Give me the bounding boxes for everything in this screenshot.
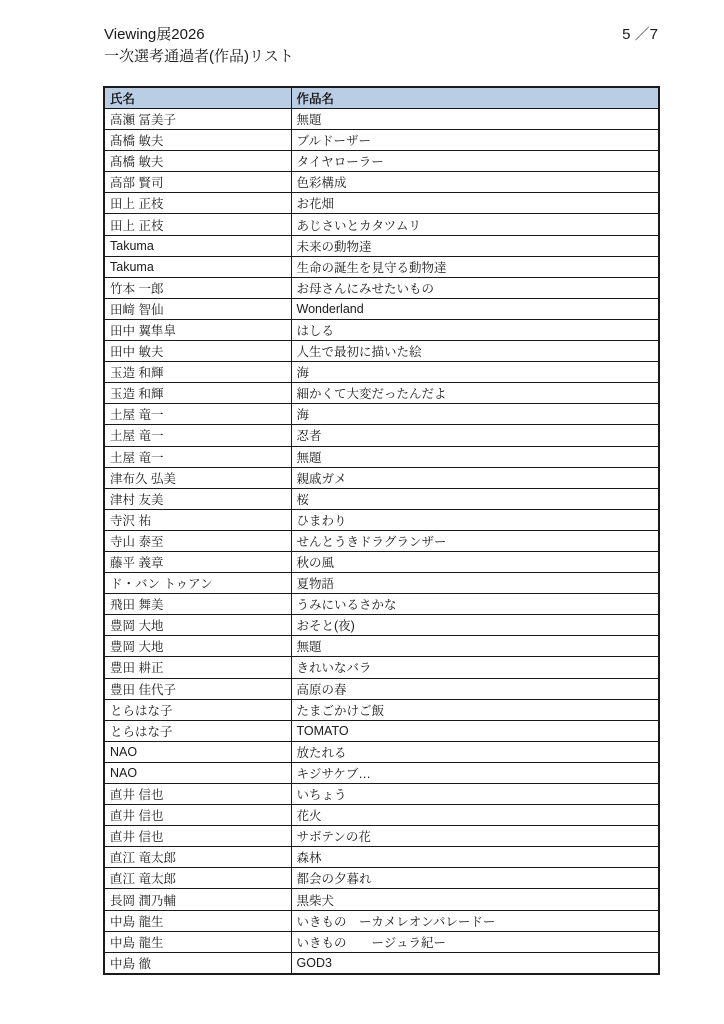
work-title-cell: 色彩構成 [291,172,659,193]
work-title-cell: 親戚ガメ [291,467,659,488]
table-row: NAO放たれる [104,741,659,762]
artist-name-cell: 高部 賢司 [104,172,291,193]
table-row: 土屋 竜一無題 [104,446,659,467]
artist-name-cell: 玉造 和輝 [104,362,291,383]
table-row: 豊田 耕正きれいなバラ [104,657,659,678]
work-title-cell: いきもの ーカメレオンパレードー [291,910,659,931]
table-header-row: 氏名 作品名 [104,87,659,109]
artist-name-cell: 土屋 竜一 [104,404,291,425]
work-title-cell: 高原の春 [291,678,659,699]
work-title-cell: Wonderland [291,298,659,319]
work-title-cell: たまごかけご飯 [291,699,659,720]
table-row: 直井 信也いちょう [104,784,659,805]
work-title-cell: 放たれる [291,741,659,762]
work-title-cell: 花火 [291,805,659,826]
work-title-cell: 都会の夕暮れ [291,868,659,889]
artist-name-cell: 寺山 泰至 [104,530,291,551]
artist-name-cell: 直井 信也 [104,784,291,805]
work-title-cell: 海 [291,404,659,425]
work-title-cell: 未来の動物達 [291,235,659,256]
table-row: NAOキジサケブ… [104,762,659,783]
artist-name-cell: 田中 翼隼皐 [104,319,291,340]
artist-name-cell: 直江 竜太郎 [104,868,291,889]
work-title-cell: うみにいるさかな [291,594,659,615]
table-row: ド・バン トゥアン夏物語 [104,573,659,594]
work-title-cell: 森林 [291,847,659,868]
table-row: 玉造 和輝海 [104,362,659,383]
artist-name-cell: 直江 竜太郎 [104,847,291,868]
artist-name-cell: 飛田 舞美 [104,594,291,615]
table-row: 直江 竜太郎森林 [104,847,659,868]
table-row: 髙橋 敏夫ブルドーザー [104,130,659,151]
table-row: 中島 龍生いきもの ージュラ紀ー [104,931,659,952]
artist-name-cell: 直井 信也 [104,805,291,826]
table-row: 玉造 和輝細かくて大変だったんだよ [104,383,659,404]
work-title-cell: お花畑 [291,193,659,214]
work-title-cell: お母さんにみせたいもの [291,277,659,298]
work-title-cell: おそと(夜) [291,615,659,636]
document-header: Viewing展2026 一次選考通過者(作品)リスト [104,24,660,68]
work-title-cell: 桜 [291,488,659,509]
table-row: 土屋 竜一海 [104,404,659,425]
artist-name-cell: 田上 正枝 [104,193,291,214]
work-title-cell: 海 [291,362,659,383]
work-title-cell: 無題 [291,446,659,467]
work-title-cell: GOD3 [291,952,659,974]
page-number: 5 ／7 [622,24,658,46]
table-row: Takuma未来の動物達 [104,235,659,256]
document-page: Viewing展2026 一次選考通過者(作品)リスト 5 ／7 氏名 作品名 … [0,0,724,1024]
artist-name-cell: 津布久 弘美 [104,467,291,488]
work-title-cell: 夏物語 [291,573,659,594]
table-row: 飛田 舞美うみにいるさかな [104,594,659,615]
table-row: 中島 徹GOD3 [104,952,659,974]
work-title-cell: 秋の風 [291,551,659,572]
artist-name-cell: 髙橋 敏夫 [104,151,291,172]
artist-name-cell: 中島 徹 [104,952,291,974]
artist-name-cell: Takuma [104,235,291,256]
table-row: 髙橋 敏夫タイヤローラー [104,151,659,172]
table-row: 寺山 泰至せんとうきドラグランザー [104,530,659,551]
table-row: 豊岡 大地おそと(夜) [104,615,659,636]
work-title-cell: 忍者 [291,425,659,446]
table-row: 豊岡 大地無題 [104,636,659,657]
work-title-cell: タイヤローラー [291,151,659,172]
table-row: 中島 龍生いきもの ーカメレオンパレードー [104,910,659,931]
work-title-cell: 無題 [291,109,659,130]
artist-name-cell: 豊岡 大地 [104,636,291,657]
table-row: 津布久 弘美親戚ガメ [104,467,659,488]
artist-name-cell: 高瀬 冨美子 [104,109,291,130]
table-row: 竹本 一郎お母さんにみせたいもの [104,277,659,298]
artist-name-cell: 中島 龍生 [104,931,291,952]
artist-name-cell: 豊岡 大地 [104,615,291,636]
work-title-cell: ひまわり [291,509,659,530]
table-row: 高瀬 冨美子無題 [104,109,659,130]
table-row: 直井 信也花火 [104,805,659,826]
artist-name-cell: 豊田 耕正 [104,657,291,678]
work-title-cell: 細かくて大変だったんだよ [291,383,659,404]
table-row: 豊田 佳代子高原の春 [104,678,659,699]
work-title-cell: 人生で最初に描いた絵 [291,341,659,362]
work-title-cell: いきもの ージュラ紀ー [291,931,659,952]
table-row: 土屋 竜一忍者 [104,425,659,446]
artist-name-cell: 豊田 佳代子 [104,678,291,699]
work-title-cell: はしる [291,319,659,340]
table-row: 田上 正枝お花畑 [104,193,659,214]
table-row: Takuma生命の誕生を見守る動物達 [104,256,659,277]
pass-list-table: 氏名 作品名 高瀬 冨美子無題髙橋 敏夫ブルドーザー髙橋 敏夫タイヤローラー高部… [103,86,660,975]
document-title: Viewing展2026 [104,24,660,46]
table-row: 直井 信也サボテンの花 [104,826,659,847]
artist-name-cell: 直井 信也 [104,826,291,847]
table-row: 高部 賢司色彩構成 [104,172,659,193]
artist-name-cell: 竹本 一郎 [104,277,291,298]
artist-name-cell: 田中 敏夫 [104,341,291,362]
table-row: 寺沢 祐ひまわり [104,509,659,530]
work-title-cell: サボテンの花 [291,826,659,847]
artist-name-cell: 田上 正枝 [104,214,291,235]
artist-name-cell: とらはな子 [104,699,291,720]
artist-name-cell: 土屋 竜一 [104,425,291,446]
artist-name-cell: Takuma [104,256,291,277]
work-title-cell: ブルドーザー [291,130,659,151]
work-title-cell: いちょう [291,784,659,805]
artist-name-cell: 津村 友美 [104,488,291,509]
artist-name-cell: 田﨑 智仙 [104,298,291,319]
table-row: 田中 翼隼皐はしる [104,319,659,340]
artist-name-cell: NAO [104,762,291,783]
work-title-cell: せんとうきドラグランザー [291,530,659,551]
artist-name-cell: 土屋 竜一 [104,446,291,467]
column-header-name: 氏名 [104,87,291,109]
table-row: とらはな子TOMATO [104,720,659,741]
work-title-cell: きれいなバラ [291,657,659,678]
artist-name-cell: とらはな子 [104,720,291,741]
work-title-cell: 黒柴犬 [291,889,659,910]
table-row: 直江 竜太郎都会の夕暮れ [104,868,659,889]
artist-name-cell: 中島 龍生 [104,910,291,931]
document-subtitle: 一次選考通過者(作品)リスト [104,46,660,68]
column-header-work: 作品名 [291,87,659,109]
table-row: 藤平 義章秋の風 [104,551,659,572]
table-row: 田上 正枝あじさいとカタツムリ [104,214,659,235]
artist-name-cell: 長岡 潤乃輔 [104,889,291,910]
artist-name-cell: 玉造 和輝 [104,383,291,404]
work-title-cell: 無題 [291,636,659,657]
artist-name-cell: 藤平 義章 [104,551,291,572]
work-title-cell: 生命の誕生を見守る動物達 [291,256,659,277]
artist-name-cell: NAO [104,741,291,762]
table-row: 津村 友美桜 [104,488,659,509]
work-title-cell: あじさいとカタツムリ [291,214,659,235]
work-title-cell: TOMATO [291,720,659,741]
table-row: とらはな子たまごかけご飯 [104,699,659,720]
work-title-cell: キジサケブ… [291,762,659,783]
artist-name-cell: 髙橋 敏夫 [104,130,291,151]
table-row: 田﨑 智仙Wonderland [104,298,659,319]
artist-name-cell: 寺沢 祐 [104,509,291,530]
artist-name-cell: ド・バン トゥアン [104,573,291,594]
table-row: 長岡 潤乃輔黒柴犬 [104,889,659,910]
table-row: 田中 敏夫人生で最初に描いた絵 [104,341,659,362]
